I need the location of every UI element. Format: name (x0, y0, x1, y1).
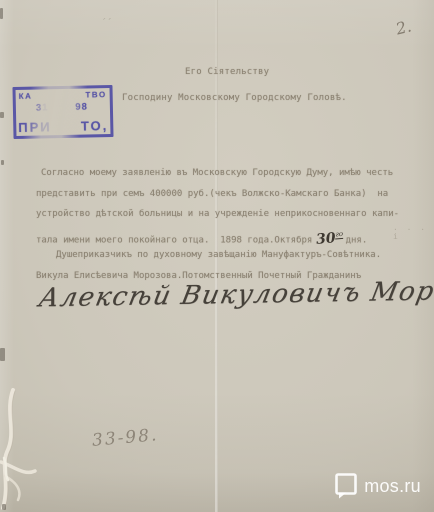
mosru-watermark: mos.ru (335, 473, 421, 499)
stamp-row3-left: ПРИ (18, 119, 52, 135)
body-line: Согласно моему заявленію въ Московскую Г… (36, 163, 416, 184)
body-line-with-date: тала имени моего покойнаго отца. 1898 го… (36, 225, 416, 246)
signature: Алексѣй Викуловичъ Морозовъ (36, 277, 434, 314)
watermark-label: mos.ru (364, 476, 421, 497)
paper-speck (2, 504, 6, 510)
faint-pencil-marks: ′′ (103, 16, 114, 29)
faint-pencil-marks-2: . . . i (393, 223, 434, 241)
handwritten-day: 30го (315, 223, 344, 249)
paper-speck (0, 112, 4, 118)
letter-body: Согласно моему заявленію въ Московскую Г… (36, 163, 416, 286)
pencil-page-number: 2. (394, 16, 413, 38)
stamp-date-right: 98 (75, 101, 88, 112)
body-line: устройство дѣтской больницы и на учрежде… (36, 204, 416, 225)
receipt-stamp: КА ТВО 31 98 ПРИ ТО, (12, 85, 113, 139)
paper-speck (0, 348, 5, 361)
stamp-row1-right: ТВО (85, 90, 106, 99)
stamp-date-left: 31 (36, 102, 49, 113)
paper-speck (0, 8, 3, 19)
body-line: представить при семъ 400000 руб.(чекъ Во… (36, 184, 416, 205)
speech-bubble-icon (335, 473, 357, 499)
stamp-row3-right: ТО, (81, 118, 109, 134)
salutation-line-2: Господину Московскому Городскому Головѣ. (122, 93, 347, 103)
document-page: 2. ′′ Его Сіятельству Господину Московск… (0, 0, 434, 512)
paper-speck (1, 160, 4, 165)
salutation-line-1: Его Сіятельству (185, 67, 269, 77)
body-line-4-text: тала имени моего покойнаго отца. 1898 го… (36, 235, 312, 245)
stamp-row1-left: КА (19, 92, 33, 101)
executor-line-1: Душеприказчикъ по духовному завѣщанію Ма… (36, 245, 416, 266)
stamp-row-3: ПРИ ТО, (16, 118, 110, 136)
binding-thread (0, 388, 42, 512)
archive-number: 33-98. (91, 425, 159, 451)
stamp-date-row: 31 98 (16, 99, 110, 114)
day-word: дня. (346, 235, 368, 245)
